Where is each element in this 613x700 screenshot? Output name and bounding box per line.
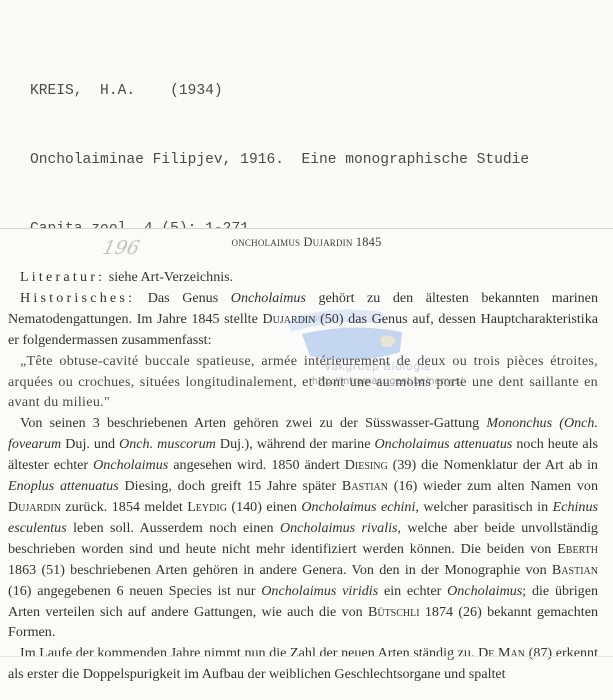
taxon-name: Onch. muscorum xyxy=(119,436,216,452)
taxon-name: Oncholaimus xyxy=(231,290,306,306)
taxon-name: Oncholaimus viridis xyxy=(261,583,378,599)
scanned-page: 196 Oncholaimus Dujardin 1845 Marine Vak… xyxy=(0,229,613,700)
author-name: Dujardin xyxy=(8,499,61,515)
paragraph-quote: „Tête obtuse-cavité buccale spatieuse, a… xyxy=(8,351,598,414)
text: zurück. 1854 meldet xyxy=(61,499,187,515)
text: Diesing, doch greift 15 Jahre später xyxy=(119,478,342,494)
text: leben soll. Ausserdem noch einen xyxy=(67,520,280,536)
author-name: Dujardin xyxy=(262,311,315,327)
literatur-text: siehe Art-Verzeichnis. xyxy=(105,269,233,285)
text: Von seinen 3 beschriebenen Arten gehören… xyxy=(20,415,486,431)
taxon-name: Oncholaimus attenuatus xyxy=(374,436,512,452)
citation-author-year: KREIS, H.A. (1934) xyxy=(30,80,529,103)
author-name: Bastian xyxy=(552,562,598,578)
text: Im Laufe der kommenden Jahre nimmt nun d… xyxy=(20,645,478,661)
text: , welcher parasitisch in xyxy=(415,499,552,515)
text: Duj. und xyxy=(61,436,119,452)
author-name: Leydig xyxy=(187,499,227,515)
taxon-name: Oncholaimus xyxy=(447,583,522,599)
paragraph-historisches: Historisches: Das Genus Oncholaimus gehö… xyxy=(8,288,598,351)
header-year: 1845 xyxy=(353,235,382,249)
running-header: Oncholaimus Dujardin 1845 xyxy=(0,235,613,250)
taxon-name: Oncholaimus xyxy=(93,457,168,473)
text: 1863 (51) beschriebenen Arten gehören in… xyxy=(8,562,552,578)
paragraph-history-details: Von seinen 3 beschriebenen Arten gehören… xyxy=(8,413,598,643)
taxon-name: Enoplus attenuatus xyxy=(8,478,119,494)
author-name: Diesing xyxy=(345,457,388,473)
author-name: De Man xyxy=(478,645,525,661)
page-body: Literatur: siehe Art-Verzeichnis. Histor… xyxy=(8,267,598,685)
author-name: Bütschli xyxy=(368,604,420,620)
text: (16) wieder zum alten Namen von xyxy=(388,478,598,494)
text: Duj.), während der marine xyxy=(216,436,375,452)
paragraph-literatur: Literatur: siehe Art-Verzeichnis. xyxy=(8,267,598,288)
label-literatur: Literatur: xyxy=(20,269,105,285)
text: (140) einen xyxy=(227,499,301,515)
text: ein echter xyxy=(378,583,447,599)
header-genus: Oncholaimus xyxy=(232,235,301,249)
text: Das Genus xyxy=(135,290,231,306)
author-name: Eberth xyxy=(557,541,598,557)
taxon-name: Oncholaimus echini xyxy=(301,499,415,515)
page-bottom-edge xyxy=(0,656,613,657)
text: (16) angegebenen 6 neuen Species ist nur xyxy=(8,583,261,599)
text: angesehen wird. 1850 ändert xyxy=(168,457,344,473)
citation-title: Oncholaiminae Filipjev, 1916. Eine monog… xyxy=(30,149,529,172)
text: (39) die Nomenklatur der Art ab in xyxy=(388,457,598,473)
index-card: KREIS, H.A. (1934) Oncholaiminae Filipje… xyxy=(0,0,613,229)
taxon-name: Oncholaimus rivalis xyxy=(280,520,398,536)
author-name: Bastian xyxy=(342,478,388,494)
header-author: Dujardin xyxy=(304,235,353,249)
paragraph-later-years: Im Laufe der kommenden Jahre nimmt nun d… xyxy=(8,643,598,685)
label-historisches: Historisches: xyxy=(20,290,135,306)
